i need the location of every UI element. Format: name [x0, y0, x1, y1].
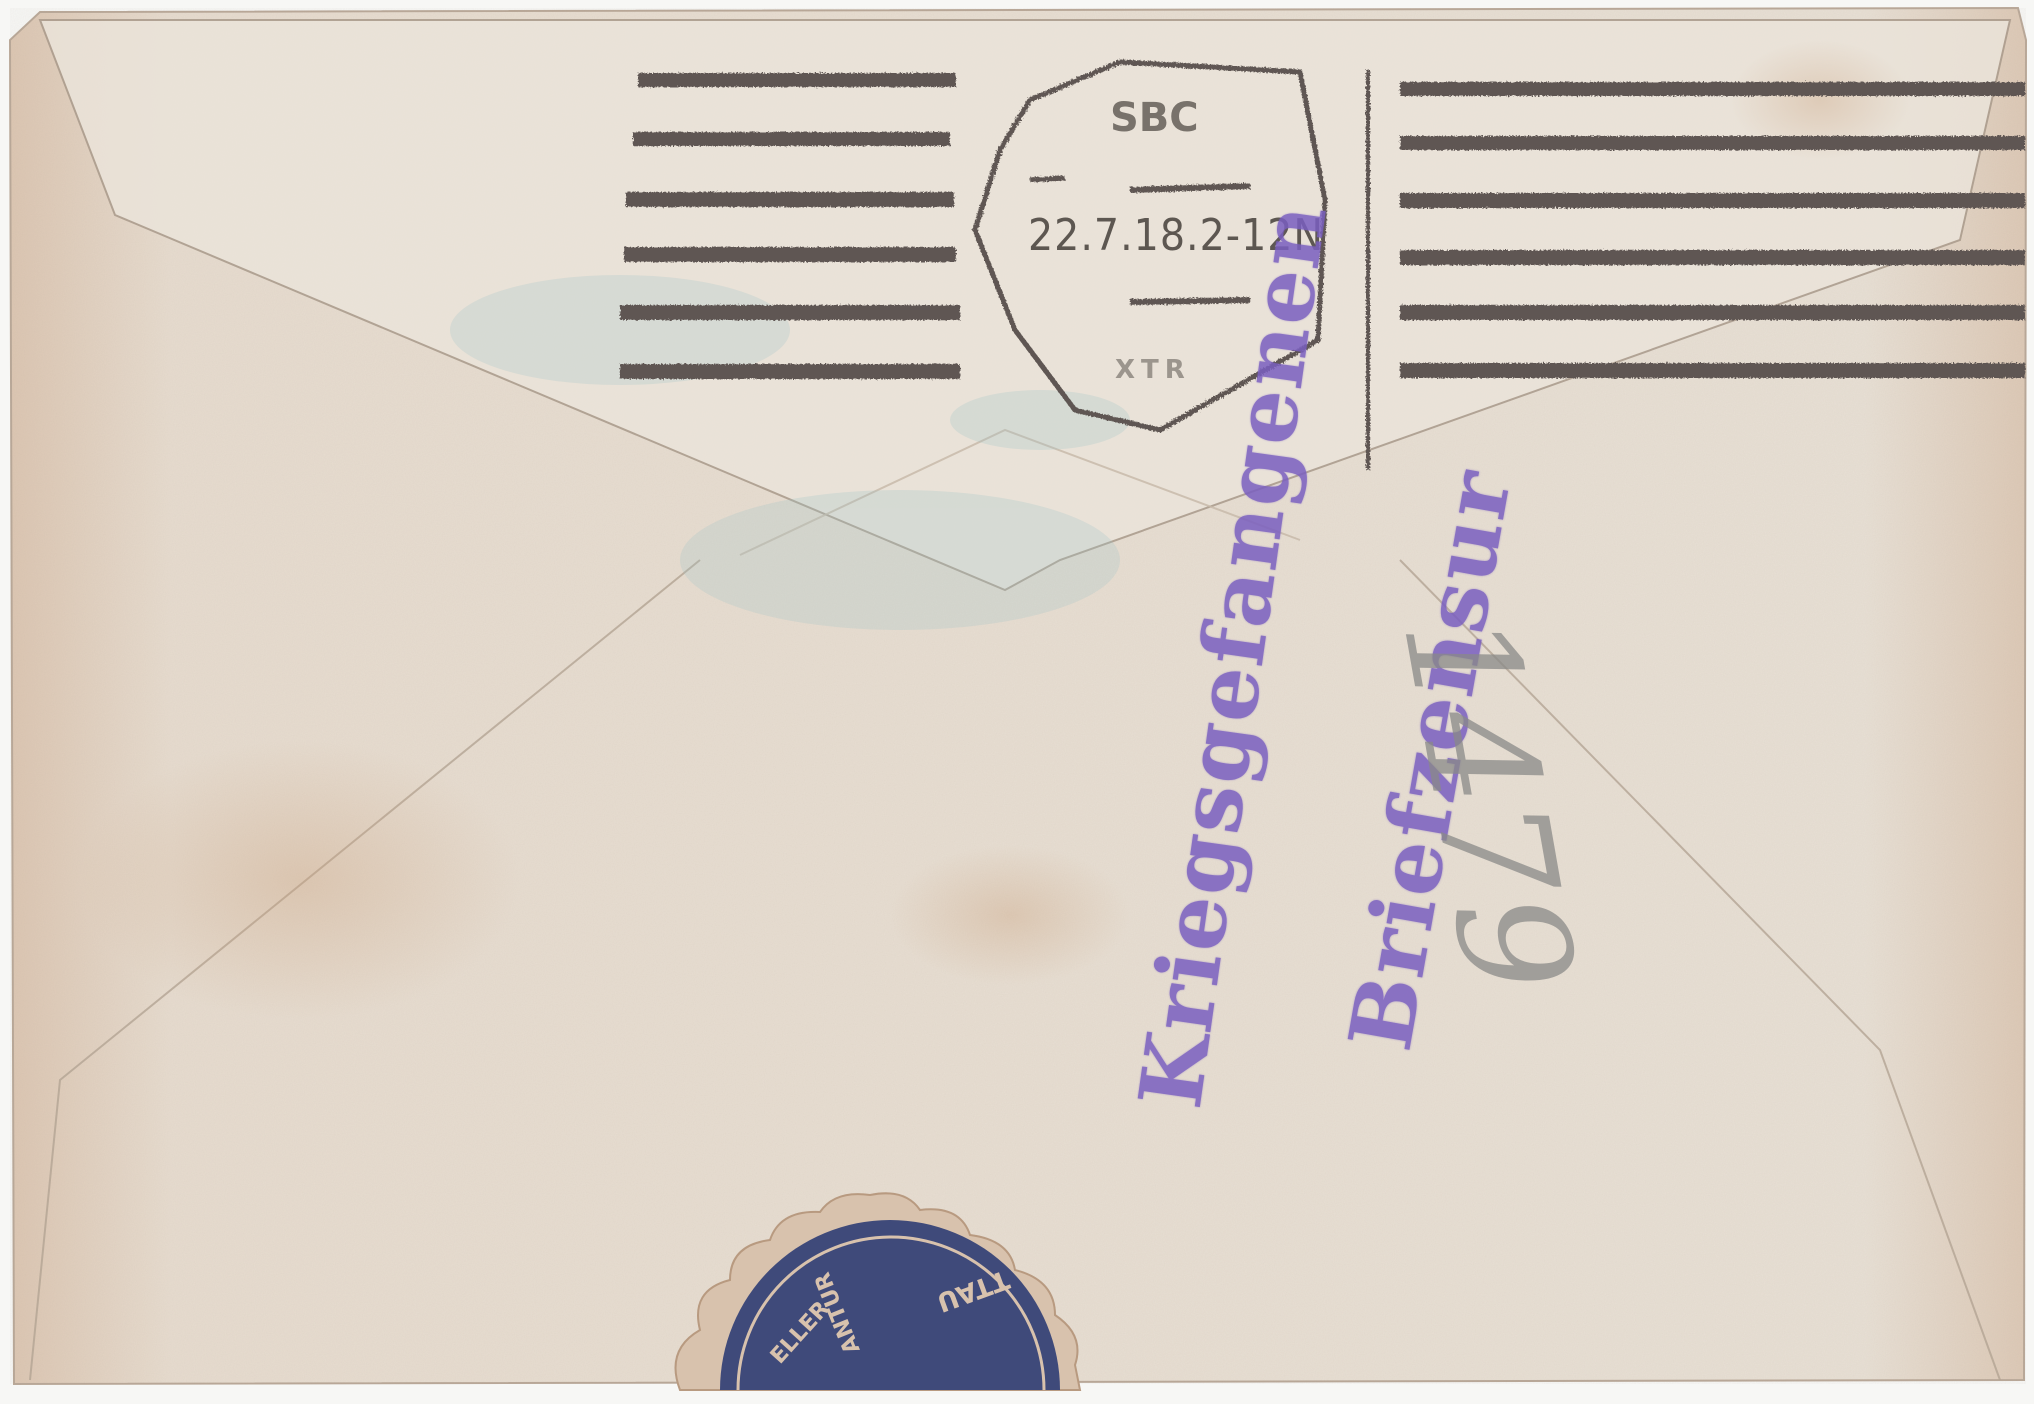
wax-paper-seal: ELLER ANTUR TTAU: [660, 1190, 1100, 1404]
postmark-top-text: SBC: [1110, 95, 1199, 141]
postmark-bottom-text: XTR: [1115, 355, 1191, 385]
